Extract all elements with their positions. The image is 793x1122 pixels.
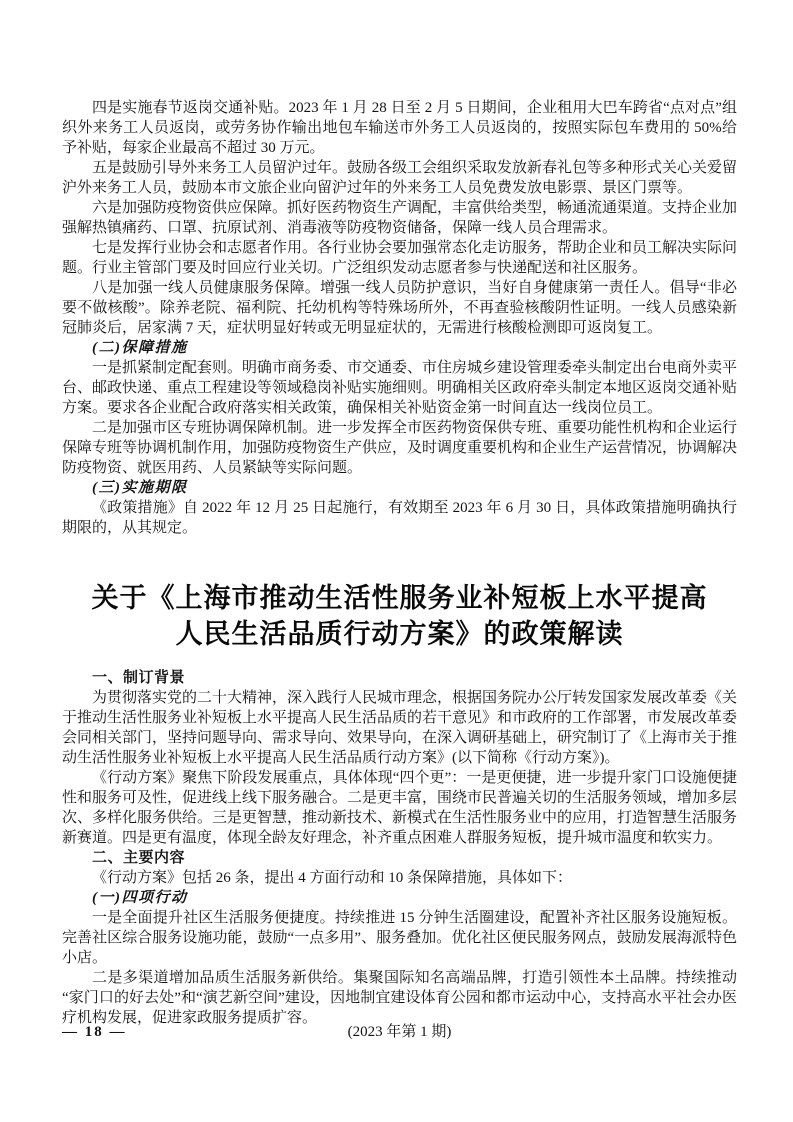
paragraph-action-2: 二是多渠道增加品质生活服务新供给。集聚国际知名高端品牌，打造引领性本土品牌。持续… bbox=[62, 968, 737, 1028]
subheading-implementation-period: (三)实施期限 bbox=[62, 478, 737, 498]
paragraph-industry-associations: 七是发挥行业协会和志愿者作用。各行业协会要加强常态化走访服务，帮助企业和员工解决… bbox=[62, 238, 737, 278]
article-title-line-1: 关于《上海市推动生活性服务业补短板上水平提高 bbox=[62, 580, 737, 616]
heading-main-content: 二、主要内容 bbox=[62, 848, 737, 868]
issue-label: (2023 年第 1 期) bbox=[62, 1022, 737, 1042]
subheading-four-actions: (一)四项行动 bbox=[62, 888, 737, 908]
document-content: 四是实施春节返岗交通补贴。2023 年 1 月 28 日至 2 月 5 日期间，… bbox=[62, 98, 737, 1028]
article-title-line-2: 人民生活品质行动方案》的政策解读 bbox=[62, 616, 737, 652]
paragraph-content-intro: 《行动方案》包括 26 条，提出 4 方面行动和 10 条保障措施，具体如下： bbox=[62, 868, 737, 888]
heading-background: 一、制订背景 bbox=[62, 668, 737, 688]
paragraph-health-services: 八是加强一线人员健康服务保障。增强一线人员防护意识，当好自身健康第一责任人。倡导… bbox=[62, 278, 737, 338]
paragraph-spring-festival-subsidy: 四是实施春节返岗交通补贴。2023 年 1 月 28 日至 2 月 5 日期间，… bbox=[62, 98, 737, 158]
paragraph-coordination-mechanism: 二是加强市区专班协调保障机制。进一步发挥全市医药物资保供专班、重要功能性机构和企… bbox=[62, 418, 737, 478]
article-title: 关于《上海市推动生活性服务业补短板上水平提高 人民生活品质行动方案》的政策解读 bbox=[62, 580, 737, 652]
paragraph-background-2: 《行动方案》聚焦下阶段发展重点，具体体现“四个更”：一是更便捷，进一步提升家门口… bbox=[62, 768, 737, 848]
document-page: 四是实施春节返岗交通补贴。2023 年 1 月 28 日至 2 月 5 日期间，… bbox=[0, 0, 793, 1122]
subheading-guarantee-measures: (二)保障措施 bbox=[62, 338, 737, 358]
paragraph-action-1: 一是全面提升社区生活服务便捷度。持续推进 15 分钟生活圈建设，配置补齐社区服务… bbox=[62, 908, 737, 968]
page-footer: (2023 年第 1 期) — 18 — bbox=[62, 1022, 737, 1042]
paragraph-background-1: 为贯彻落实党的二十大精神，深入践行人民城市理念，根据国务院办公厅转发国家发展改革… bbox=[62, 688, 737, 768]
paragraph-supporting-rules: 一是抓紧制定配套则。明确市商务委、市交通委、市住房城乡建设管理委牵头制定出台电商… bbox=[62, 358, 737, 418]
paragraph-implementation-period: 《政策措施》自 2022 年 12 月 25 日起施行，有效期至 2023 年 … bbox=[62, 498, 737, 538]
paragraph-stay-shanghai-newyear: 五是鼓励引导外来务工人员留沪过年。鼓励各级工会组织采取发放新春礼包等多种形式关心… bbox=[62, 158, 737, 198]
paragraph-epidemic-supplies: 六是加强防疫物资供应保障。抓好医药物资生产调配，丰富供给类型，畅通流通渠道。支持… bbox=[62, 198, 737, 238]
